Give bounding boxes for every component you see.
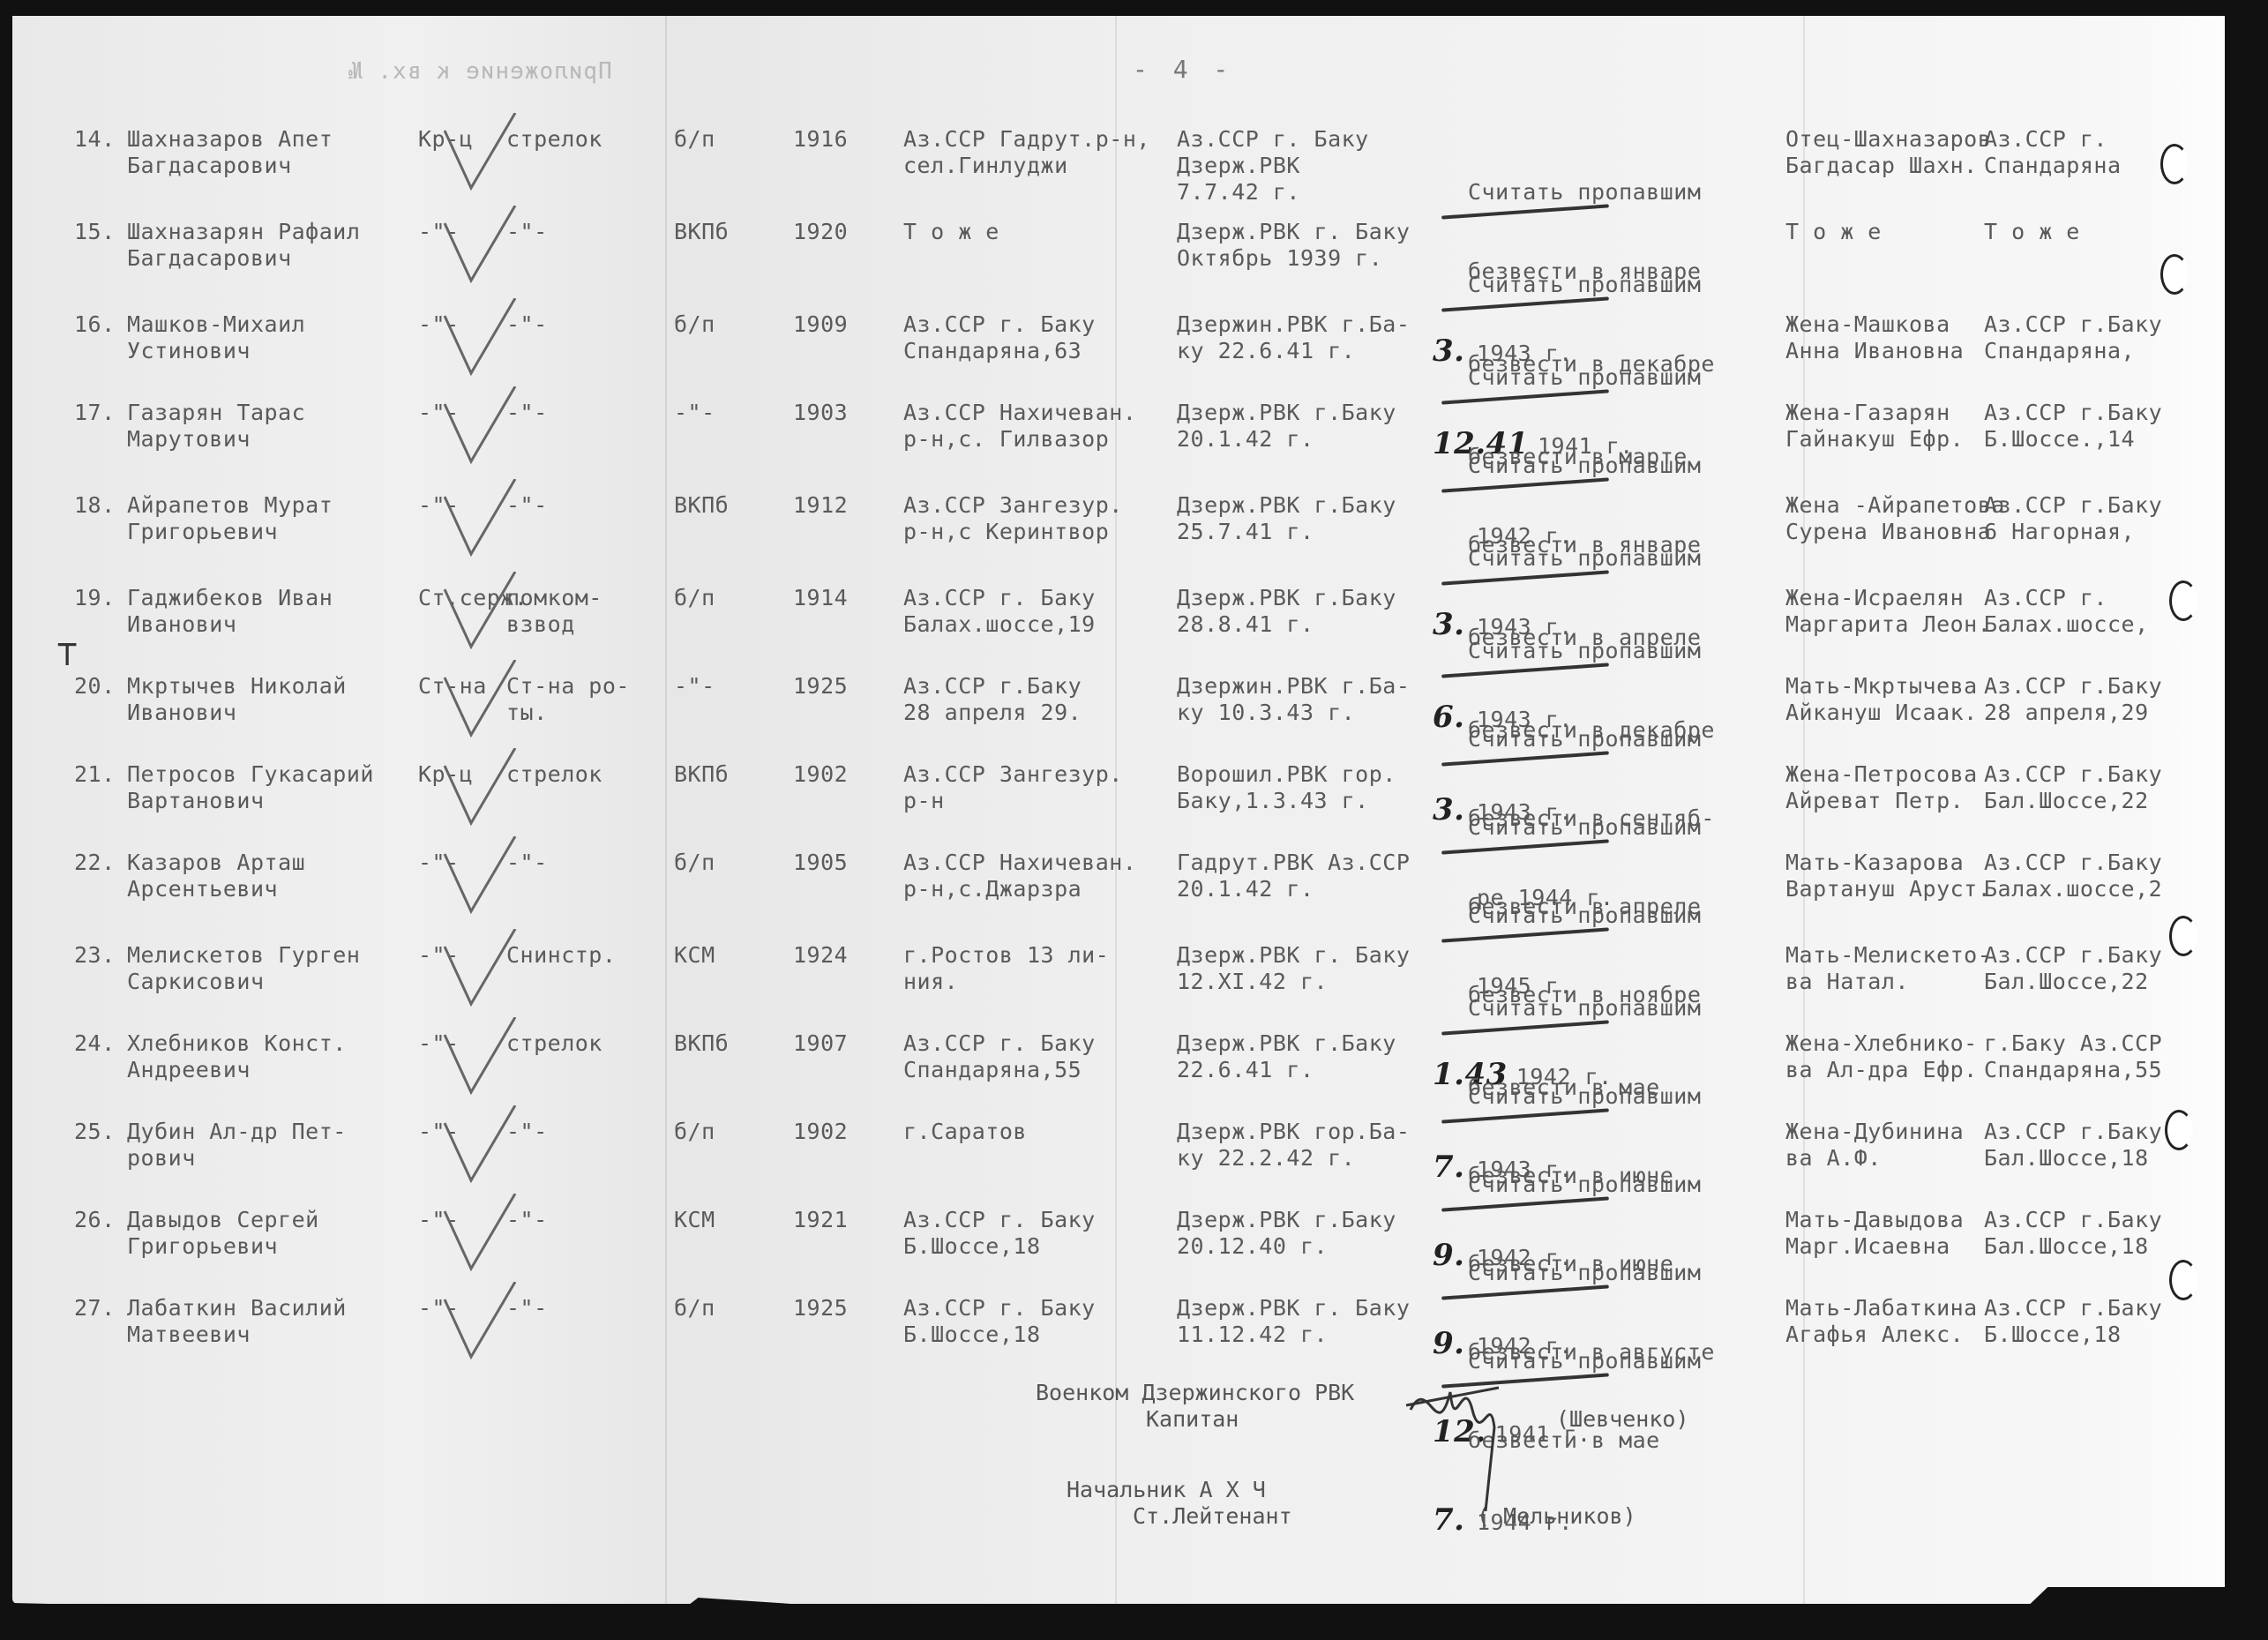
soldier-name: Шахназарян Рафаил Багдасарович bbox=[127, 219, 360, 272]
page-number: - 4 - bbox=[1133, 55, 1233, 84]
birth-year: 1924 bbox=[793, 942, 848, 969]
birthplace: Аз.ССР Гадрут.р-н, сел.Гинлуджи bbox=[903, 126, 1150, 179]
binding-hole bbox=[2169, 580, 2197, 621]
kin-address: Аз.ССР г.Баку Балах.шоссе,2 bbox=[1984, 850, 2162, 902]
soldier-name: Газарян Тарас Марутович bbox=[127, 400, 305, 453]
birth-year: 1909 bbox=[793, 311, 848, 338]
binding-hole bbox=[2169, 1260, 2197, 1300]
kin-address: Аз.ССР г.Баку 28 апреля,29 bbox=[1984, 673, 2162, 726]
kin-address: Аз.ССР г.Баку Бал.Шоссе,22 bbox=[1984, 761, 2162, 814]
row-number: 21. bbox=[74, 761, 116, 788]
row-number: 22. bbox=[74, 850, 116, 876]
birthplace: Аз.ССР г. Баку Спандаряна,55 bbox=[903, 1030, 1096, 1083]
draft-office: Дзерж.РВК г.Баку 20.12.40 г. bbox=[1177, 1207, 1396, 1260]
party: ВКПб bbox=[674, 1030, 729, 1057]
checkmark-icon bbox=[427, 298, 533, 378]
voenkom-name: (Шевченко) bbox=[1556, 1405, 1689, 1434]
kin-address: Аз.ССР г.Баку Б.Шоссе,18 bbox=[1984, 1295, 2162, 1348]
birthplace: Аз.ССР Нахичеван. р-н,с. Гилвазор bbox=[903, 400, 1136, 453]
birthplace: Аз.ССР г. Баку Б.Шоссе,18 bbox=[903, 1295, 1096, 1348]
draft-office: Дзерж.РВК г. Баку 12.XI.42 г. bbox=[1177, 942, 1410, 995]
birthplace: Аз.ССР г.Баку 28 апреля 29. bbox=[903, 673, 1082, 726]
row-number: 24. bbox=[74, 1030, 116, 1057]
binding-hole bbox=[2160, 144, 2189, 184]
akh-rank: Ст.Лейтенант bbox=[1133, 1502, 1292, 1531]
party: б/п bbox=[674, 585, 715, 611]
soldier-name: Айрапетов Мурат Григорьевич bbox=[127, 492, 333, 545]
next-of-kin: Жена-Петросова Айреват Петр. bbox=[1785, 761, 1978, 814]
position: -"- bbox=[506, 400, 548, 426]
position: -"- bbox=[506, 219, 548, 245]
table-row: 26. Давыдов Сергей Григорьевич -"- -"- К… bbox=[12, 1207, 2225, 1295]
birth-year: 1914 bbox=[793, 585, 848, 611]
position: -"- bbox=[506, 1295, 548, 1322]
next-of-kin: Жена -Айрапетова Сурена Ивановна bbox=[1785, 492, 2005, 545]
bleed-through-header: Приложение к вх. № bbox=[348, 58, 612, 85]
checkmark-icon bbox=[427, 1105, 533, 1185]
position: -"- bbox=[506, 492, 548, 519]
table-row: 24. Хлебников Конст. Андреевич -"- стрел… bbox=[12, 1030, 2225, 1119]
birth-year: 1921 bbox=[793, 1207, 848, 1233]
draft-office: Дзерж.РВК гор.Ба- ку 22.2.42 г. bbox=[1177, 1119, 1410, 1172]
draft-office: Ворошил.РВК гор. Баку,1.3.43 г. bbox=[1177, 761, 1396, 814]
soldier-name: Давыдов Сергей Григорьевич bbox=[127, 1207, 319, 1260]
next-of-kin: Мать-Мелискето- ва Натал. bbox=[1785, 942, 1991, 995]
next-of-kin: Мать-Лабаткина Агафья Алекс. bbox=[1785, 1295, 1978, 1348]
soldier-name: Хлебников Конст. Андреевич bbox=[127, 1030, 347, 1083]
soldier-name: Петросов Гукасарий Вартанович bbox=[127, 761, 374, 814]
draft-office: Дзерж.РВК г.Баку 25.7.41 г. bbox=[1177, 492, 1396, 545]
draft-office: Дзерж.РВК г. Баку 11.12.42 г. bbox=[1177, 1295, 1410, 1348]
birthplace: г.Саратов bbox=[903, 1119, 1027, 1145]
row-number: 25. bbox=[74, 1119, 116, 1145]
birth-year: 1907 bbox=[793, 1030, 848, 1057]
draft-office: Дзерж.РВК г.Баку 28.8.41 г. bbox=[1177, 585, 1396, 638]
party: -"- bbox=[674, 400, 715, 426]
next-of-kin: Мать-Казарова Вартануш Аруст. bbox=[1785, 850, 1991, 902]
draft-office: Дзержин.РВК г.Ба- ку 10.3.43 г. bbox=[1177, 673, 1410, 726]
party: б/п bbox=[674, 311, 715, 338]
birth-year: 1902 bbox=[793, 1119, 848, 1145]
row-number: 15. bbox=[74, 219, 116, 245]
birth-year: 1905 bbox=[793, 850, 848, 876]
next-of-kin: Мать-Давыдова Марг.Исаевна bbox=[1785, 1207, 1964, 1260]
table-row: 25. Дубин Ал-др Пет- рович -"- -"- б/п 1… bbox=[12, 1119, 2225, 1207]
table-row: 17. Газарян Тарас Марутович -"- -"- -"- … bbox=[12, 400, 2225, 488]
birthplace: Аз.ССР г. Баку Б.Шоссе,18 bbox=[903, 1207, 1096, 1260]
draft-office: Дзерж.РВК г.Баку 22.6.41 г. bbox=[1177, 1030, 1396, 1083]
party: б/п bbox=[674, 126, 715, 153]
next-of-kin: Жена-Исраелян Маргарита Леон. bbox=[1785, 585, 1991, 638]
table-row: 21. Петросов Гукасарий Вартанович Кр-ц с… bbox=[12, 761, 2225, 850]
party: КСМ bbox=[674, 1207, 715, 1233]
checkmark-icon bbox=[427, 1017, 533, 1097]
row-number: 20. bbox=[74, 673, 116, 700]
party: КСМ bbox=[674, 942, 715, 969]
birthplace: Т о ж е bbox=[903, 219, 999, 245]
checkmark-icon bbox=[427, 1282, 533, 1361]
table-row: 22. Казаров Арташ Арсентьевич -"- -"- б/… bbox=[12, 850, 2225, 938]
party: б/п bbox=[674, 1295, 715, 1322]
checkmark-icon bbox=[427, 1194, 533, 1273]
draft-office: Дзержин.РВК г.Ба- ку 22.6.41 г. bbox=[1177, 311, 1410, 364]
row-number: 16. bbox=[74, 311, 116, 338]
birth-year: 1902 bbox=[793, 761, 848, 788]
draft-office: Аз.ССР г. Баку Дзерж.РВК 7.7.42 г. bbox=[1177, 126, 1369, 206]
akh-title: Начальник А Х Ч bbox=[1067, 1476, 1266, 1504]
checkmark-icon bbox=[427, 113, 533, 192]
draft-office: Дзерж.РВК г. Баку Октябрь 1939 г. bbox=[1177, 219, 1410, 272]
checkmark-icon bbox=[427, 479, 533, 558]
next-of-kin: Т о ж е bbox=[1785, 219, 1882, 245]
birth-year: 1903 bbox=[793, 400, 848, 426]
row-number: 18. bbox=[74, 492, 116, 519]
kin-address: Аз.ССР г. Спандаряна bbox=[1984, 126, 2122, 179]
soldier-name: Лабаткин Василий Матвеевич bbox=[127, 1295, 347, 1348]
kin-address: г.Баку Аз.ССР Спандаряна,55 bbox=[1984, 1030, 2162, 1083]
birth-year: 1912 bbox=[793, 492, 848, 519]
binding-hole bbox=[2165, 1110, 2193, 1150]
birthplace: Аз.ССР Зангезур. р-н,с Керинтвор bbox=[903, 492, 1123, 545]
draft-office: Дзерж.РВК г.Баку 20.1.42 г. bbox=[1177, 400, 1396, 453]
table-row: 18. Айрапетов Мурат Григорьевич -"- -"- … bbox=[12, 492, 2225, 580]
kin-address: Аз.ССР г. Балах.шоссе, bbox=[1984, 585, 2149, 638]
birthplace: Аз.ССР г. Баку Балах.шоссе,19 bbox=[903, 585, 1096, 638]
position: стрелок bbox=[506, 1030, 603, 1057]
binding-hole bbox=[2160, 254, 2189, 295]
position: Снинстр. bbox=[506, 942, 616, 969]
table-row: 23. Мелискетов Гурген Саркисович -"- Сни… bbox=[12, 942, 2225, 1030]
checkmark-icon bbox=[427, 748, 533, 827]
party: б/п bbox=[674, 850, 715, 876]
kin-address: Аз.ССР г.Баку Бал.Шоссе,18 bbox=[1984, 1207, 2162, 1260]
checkmark-icon bbox=[427, 929, 533, 1008]
row-number: 14. bbox=[74, 126, 116, 153]
checkmark-icon bbox=[427, 386, 533, 466]
position: стрелок bbox=[506, 761, 603, 788]
next-of-kin: Жена-Машкова Анна Ивановна bbox=[1785, 311, 1964, 364]
table-row: 27. Лабаткин Василий Матвеевич -"- -"- б… bbox=[12, 1295, 2225, 1383]
handwritten-signature bbox=[1402, 1357, 1508, 1516]
row-number: 26. bbox=[74, 1207, 116, 1233]
position: -"- bbox=[506, 1119, 548, 1145]
party: ВКПб bbox=[674, 761, 729, 788]
checkmark-icon bbox=[427, 206, 533, 285]
position: -"- bbox=[506, 1207, 548, 1233]
position: помком- взвод bbox=[506, 585, 603, 638]
birthplace: г.Ростов 13 ли- ния. bbox=[903, 942, 1109, 995]
soldier-name: Машков-Михаил Устинович bbox=[127, 311, 305, 364]
table-row: 19. Гаджибеков Иван Иванович Ст.серж. по… bbox=[12, 585, 2225, 673]
soldier-name: Казаров Арташ Арсентьевич bbox=[127, 850, 305, 902]
margin-pen-mark: ⊤ bbox=[56, 633, 78, 674]
next-of-kin: Мать-Мкртычева Айкануш Исаак. bbox=[1785, 673, 1978, 726]
table-row: 15. Шахназарян Рафаил Багдасарович -"- -… bbox=[12, 219, 2225, 307]
table-row: 16. Машков-Михаил Устинович -"- -"- б/п … bbox=[12, 311, 2225, 400]
row-number: 19. bbox=[74, 585, 116, 611]
kin-address: Т о ж е bbox=[1984, 219, 2080, 245]
next-of-kin: Жена-Хлебнико- ва Ал-дра Ефр. bbox=[1785, 1030, 1978, 1083]
birth-year: 1916 bbox=[793, 126, 848, 153]
binding-hole bbox=[2169, 916, 2197, 956]
birthplace: Аз.ССР Нахичеван. р-н,с.Джарзра bbox=[903, 850, 1136, 902]
soldier-name: Дубин Ал-др Пет- рович bbox=[127, 1119, 347, 1172]
party: ВКПб bbox=[674, 219, 729, 245]
birthplace: Аз.ССР Зангезур. р-н bbox=[903, 761, 1123, 814]
next-of-kin: Жена-Дубинина ва А.Ф. bbox=[1785, 1119, 1964, 1172]
position: Ст-на ро- ты. bbox=[506, 673, 630, 726]
table-row: 20. Мкртычев Николай Иванович Ст-на Ст-н… bbox=[12, 673, 2225, 761]
birth-year: 1925 bbox=[793, 673, 848, 700]
kin-address: Аз.ССР г.Баку Спандаряна, bbox=[1984, 311, 2162, 364]
kin-address: Аз.ССР г.Баку Бал.Шоссе,22 bbox=[1984, 942, 2162, 995]
table-row: 14. Шахназаров Апет Багдасарович Кр-ц ст… bbox=[12, 126, 2225, 214]
birth-year: 1925 bbox=[793, 1295, 848, 1322]
party: -"- bbox=[674, 673, 715, 700]
kin-address: Аз.ССР г.Баку Б.Шоссе.,14 bbox=[1984, 400, 2162, 453]
party: ВКПб bbox=[674, 492, 729, 519]
voenkom-title: Военком Дзержинского РВК bbox=[1036, 1379, 1354, 1407]
soldier-name: Шахназаров Апет Багдасарович bbox=[127, 126, 333, 179]
document-page: Приложение к вх. № - 4 - 14. Шахназаров … bbox=[12, 16, 2225, 1604]
draft-office: Гадрут.РВК Аз.ССР 20.1.42 г. bbox=[1177, 850, 1410, 902]
row-number: 27. bbox=[74, 1295, 116, 1322]
kin-address: Аз.ССР г.Баку 6 Нагорная, bbox=[1984, 492, 2162, 545]
row-number: 23. bbox=[74, 942, 116, 969]
voenkom-rank: Капитан bbox=[1146, 1405, 1239, 1434]
position: стрелок bbox=[506, 126, 603, 153]
position: -"- bbox=[506, 311, 548, 338]
kin-address: Аз.ССР г.Баку Бал.Шоссе,18 bbox=[1984, 1119, 2162, 1172]
checkmark-icon bbox=[427, 836, 533, 916]
party: б/п bbox=[674, 1119, 715, 1145]
birth-year: 1920 bbox=[793, 219, 848, 245]
row-number: 17. bbox=[74, 400, 116, 426]
soldier-name: Мкртычев Николай Иванович bbox=[127, 673, 347, 726]
birthplace: Аз.ССР г. Баку Спандаряна,63 bbox=[903, 311, 1096, 364]
next-of-kin: Отец-Шахназаров Багдасар Шахн. bbox=[1785, 126, 1991, 179]
soldier-name: Гаджибеков Иван Иванович bbox=[127, 585, 333, 638]
next-of-kin: Жена-Газарян Гайнакуш Ефр. bbox=[1785, 400, 1964, 453]
soldier-name: Мелискетов Гурген Саркисович bbox=[127, 942, 360, 995]
position: -"- bbox=[506, 850, 548, 876]
